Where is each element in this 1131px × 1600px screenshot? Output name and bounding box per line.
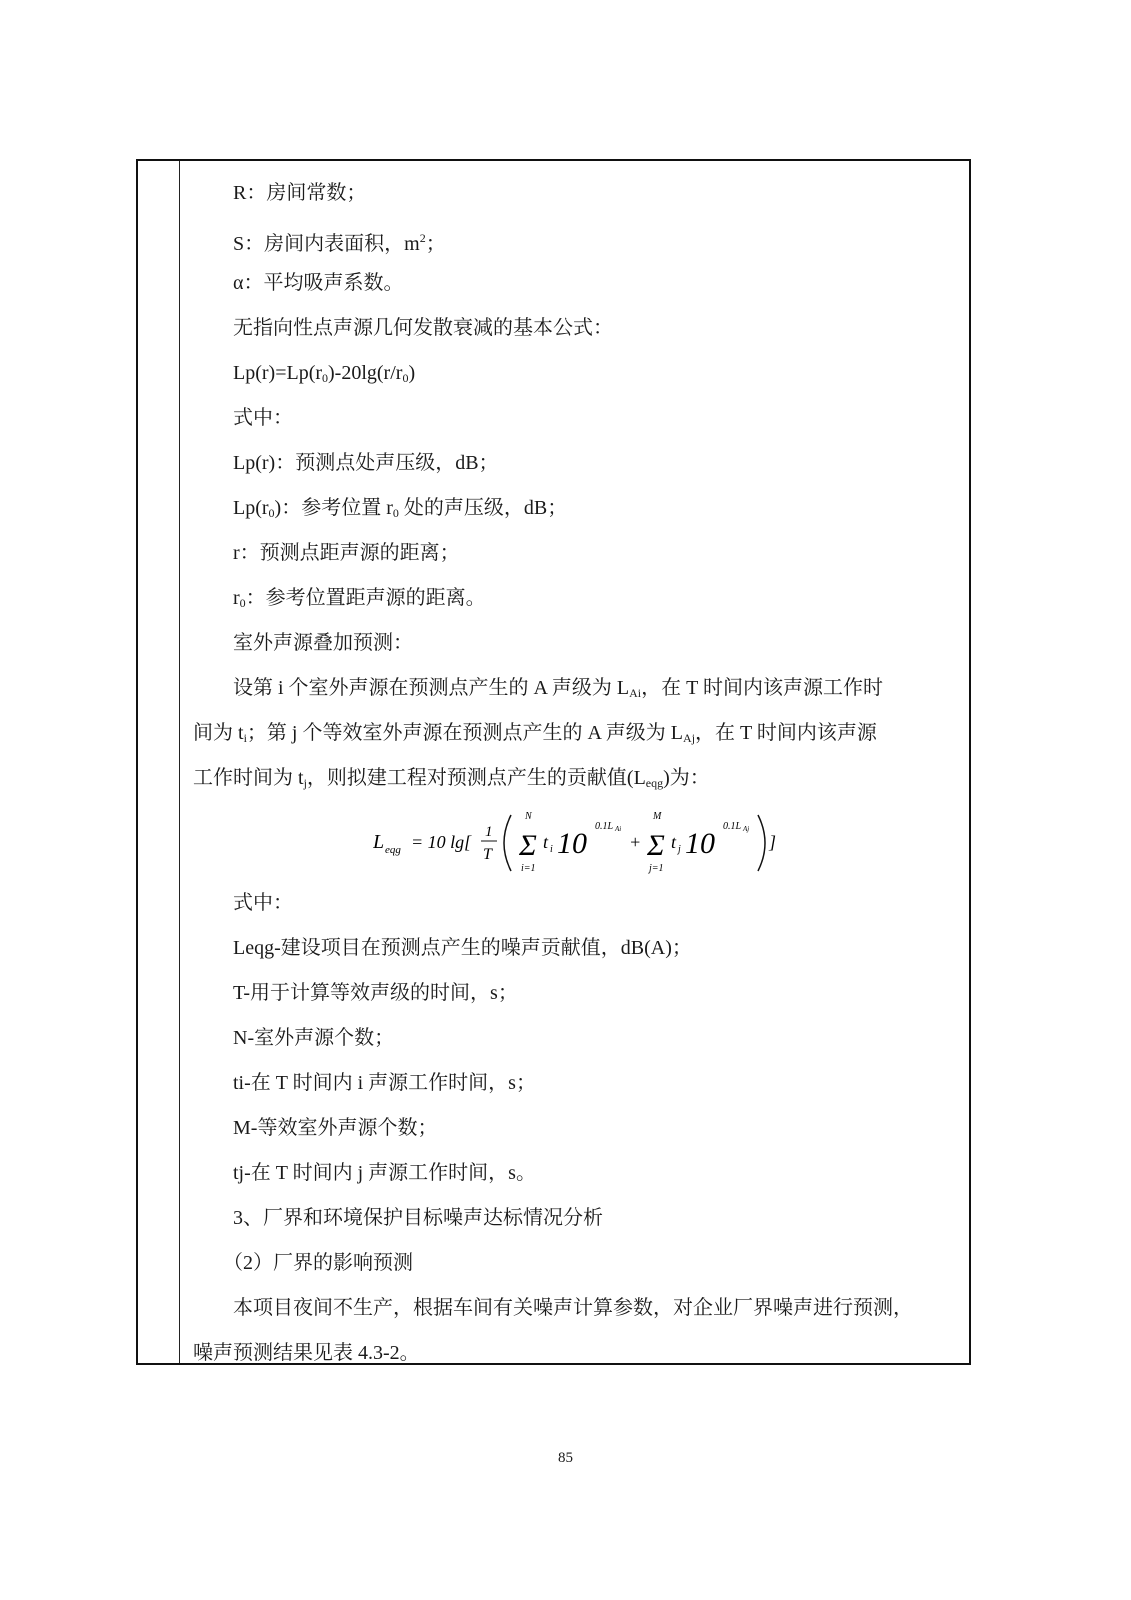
text-line: 式中： bbox=[193, 398, 957, 443]
paragraph-line: 噪声预测结果见表 4.3-2。 bbox=[193, 1333, 957, 1378]
paragraph-line: 工作时间为 tj，则拟建工程对预测点产生的贡献值(Leqg)为： bbox=[193, 758, 957, 803]
svg-text:eqg: eqg bbox=[385, 844, 401, 856]
paragraph-line: 本项目夜间不生产，根据车间有关噪声计算参数，对企业厂界噪声进行预测， bbox=[193, 1288, 957, 1333]
text-line: r：预测点距声源的距离； bbox=[193, 533, 957, 578]
document-content: R：房间常数； S：房间内表面积，m2； α：平均吸声系数。 无指向性点声源几何… bbox=[193, 173, 957, 1378]
text-line: 式中： bbox=[193, 883, 957, 928]
svg-text:i: i bbox=[550, 844, 553, 855]
text-line: M-等效室外声源个数； bbox=[193, 1108, 957, 1153]
svg-text:= 10 lg[: = 10 lg[ bbox=[411, 832, 472, 852]
text-line: tj-在 T 时间内 j 声源工作时间，s。 bbox=[193, 1153, 957, 1198]
svg-text:1: 1 bbox=[485, 824, 493, 840]
leqg-formula: L eqg = 10 lg[ 1 T Σ N i=1 t i 10 0.1L A… bbox=[193, 803, 957, 883]
subsection-heading: （2）厂界的影响预测 bbox=[193, 1243, 957, 1288]
svg-text:L: L bbox=[373, 831, 384, 853]
svg-text:M: M bbox=[652, 811, 662, 822]
document-table-frame: R：房间常数； S：房间内表面积，m2； α：平均吸声系数。 无指向性点声源几何… bbox=[136, 159, 971, 1365]
svg-text:Aj: Aj bbox=[742, 825, 749, 833]
text-line: r0：参考位置距声源的距离。 bbox=[193, 578, 957, 623]
svg-text:j: j bbox=[676, 844, 681, 855]
svg-text:+: + bbox=[629, 832, 641, 852]
svg-text:Ai: Ai bbox=[614, 825, 621, 833]
svg-text:Σ: Σ bbox=[518, 829, 537, 862]
svg-text:N: N bbox=[524, 811, 533, 822]
svg-text:Σ: Σ bbox=[646, 829, 665, 862]
text-line: 无指向性点声源几何发散衰减的基本公式： bbox=[193, 308, 957, 353]
svg-text:t: t bbox=[543, 832, 549, 852]
text-line: α：平均吸声系数。 bbox=[193, 263, 957, 308]
text-line: S：房间内表面积，m2； bbox=[193, 218, 957, 263]
text-line: T-用于计算等效声级的时间，s； bbox=[193, 973, 957, 1018]
text-line: N-室外声源个数； bbox=[193, 1018, 957, 1063]
paragraph-line: 间为 ti；第 j 个等效室外声源在预测点产生的 A 声级为 LAj，在 T 时… bbox=[193, 713, 957, 758]
svg-text:T: T bbox=[483, 846, 493, 863]
svg-text:t: t bbox=[671, 832, 677, 852]
paragraph-line: 设第 i 个室外声源在预测点产生的 A 声级为 LAi，在 T 时间内该声源工作… bbox=[193, 668, 957, 713]
svg-text:i=1: i=1 bbox=[521, 863, 536, 874]
text-line: 室外声源叠加预测： bbox=[193, 623, 957, 668]
svg-text:10: 10 bbox=[685, 827, 715, 860]
text-line: R：房间常数； bbox=[193, 173, 957, 218]
svg-text:0.1L: 0.1L bbox=[723, 821, 742, 832]
text-line: Lp(r0)：参考位置 r0 处的声压级，dB； bbox=[193, 488, 957, 533]
text-line: Leqg-建设项目在预测点产生的噪声贡献值，dB(A)； bbox=[193, 928, 957, 973]
svg-text:]: ] bbox=[768, 832, 776, 852]
svg-text:0.1L: 0.1L bbox=[595, 821, 614, 832]
svg-text:10: 10 bbox=[557, 827, 587, 860]
svg-text:j=1: j=1 bbox=[647, 863, 664, 874]
text-line: ti-在 T 时间内 i 声源工作时间，s； bbox=[193, 1063, 957, 1108]
section-heading: 3、厂界和环境保护目标噪声达标情况分析 bbox=[193, 1198, 957, 1243]
text-line: Lp(r)：预测点处声压级，dB； bbox=[193, 443, 957, 488]
page-number: 85 bbox=[0, 1450, 1131, 1467]
left-column bbox=[138, 161, 180, 1363]
formula-line: Lp(r)=Lp(r0)-20lg(r/r0) bbox=[193, 353, 957, 398]
